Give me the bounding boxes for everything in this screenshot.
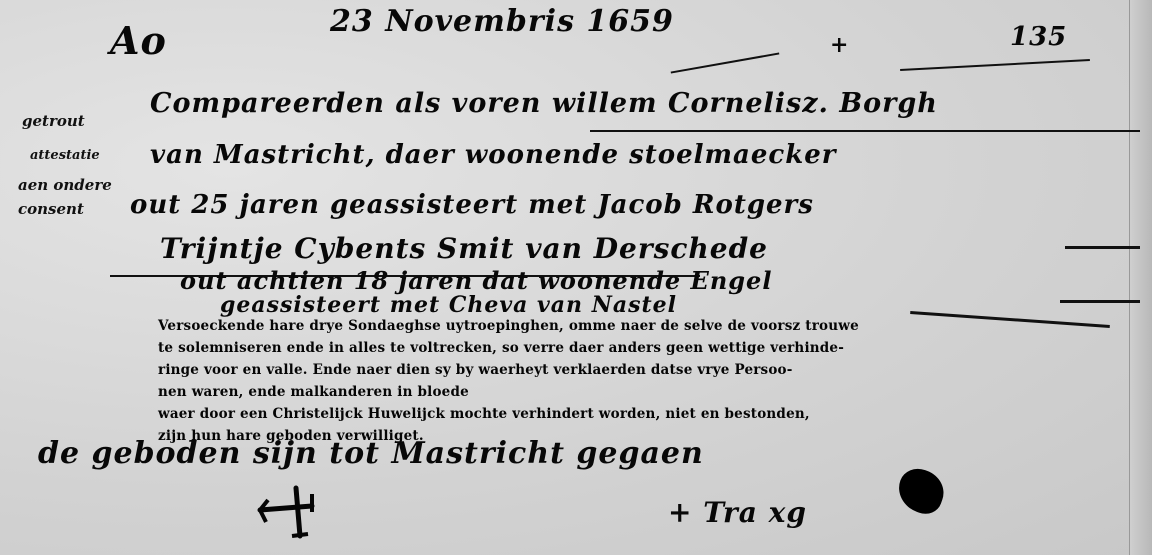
folio-mark: +: [830, 32, 849, 58]
entry-line-3: out 25 jaren geassisteert met Jacob Rotg…: [130, 190, 814, 220]
entry-line-1: Compareerden als voren willem Cornelisz.…: [150, 88, 938, 119]
printed-line-1: Versoeckende hare drye Sondaeghse uytroe…: [158, 318, 859, 334]
entry-line-5-tail: [1060, 300, 1140, 303]
printed-line-2: te solemniseren ende in alles te voltrec…: [158, 340, 844, 356]
margin-note-attestatie: attestatie: [30, 148, 100, 163]
cross-mark-signature: [250, 482, 330, 542]
page-number-rule: [900, 59, 1090, 71]
ink-blot: [892, 463, 950, 518]
header-date: 23 Novembris 1659: [330, 4, 674, 39]
entry-line-1-rule: [590, 130, 1140, 132]
printed-line-5: waer door een Christelijck Huwelijck moc…: [158, 406, 810, 422]
margin-note-aen-ondere: aen ondere: [18, 176, 112, 194]
entry-line-4-tail: [1065, 246, 1140, 249]
entry-line-6: geassisteert met Cheva van Nastel: [220, 292, 677, 318]
entry-line-6-tail: [910, 311, 1110, 328]
manuscript-page: Ao 23 Novembris 1659 + 135 getrout attes…: [0, 0, 1152, 555]
entry-line-2: van Mastricht, daer woonende stoelmaecke…: [150, 140, 837, 170]
page-edge: [1129, 0, 1152, 555]
date-underline: [671, 52, 780, 73]
margin-note-getrout: getrout: [22, 112, 85, 130]
closing-line: de geboden sijn tot Mastricht gegaen: [38, 436, 704, 471]
header-left-mark: Ao: [110, 18, 167, 63]
page-number: 135: [1010, 22, 1067, 52]
witness-mark-signature: + Tra xg: [668, 496, 807, 529]
entry-line-4-bride: Trijntje Cybents Smit van Derschede: [160, 232, 768, 265]
printed-line-4: nen waren, ende malkanderen in bloede: [158, 384, 469, 400]
margin-note-consent: consent: [18, 200, 84, 218]
printed-line-3: ringe voor en valle. Ende naer dien sy b…: [158, 362, 793, 378]
entry-line-5: out achtien 18 jaren dat woonende Engel: [180, 266, 772, 295]
